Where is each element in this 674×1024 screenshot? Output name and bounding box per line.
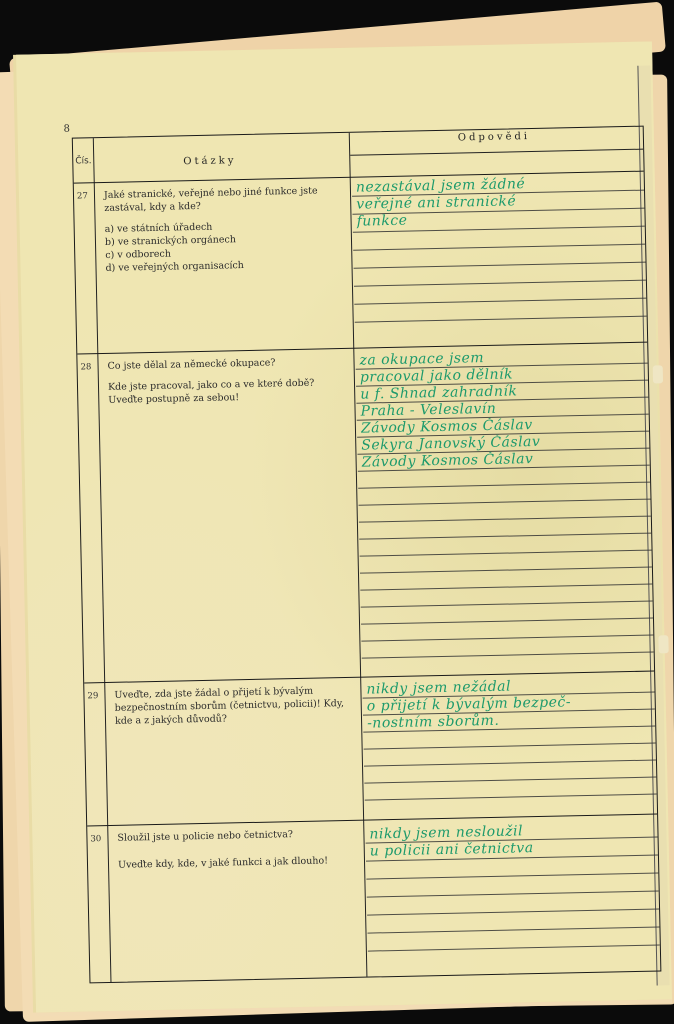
question-text: Sloužil jste u policie nebo četnictva? U… bbox=[117, 827, 358, 880]
binding-tab bbox=[653, 365, 663, 383]
row-number: 28 bbox=[80, 362, 91, 372]
question-main: Sloužil jste u policie nebo četnictva? bbox=[117, 827, 357, 845]
header-divider bbox=[350, 149, 643, 156]
answer-field-27[interactable]: nezastával jsem žádné veřejné ani strani… bbox=[352, 172, 647, 348]
answer-field-29[interactable]: nikdy jsem nežádal o přijetí k bývalým b… bbox=[362, 672, 657, 820]
question-options: a) ve státních úřadech b) ve stranických… bbox=[105, 218, 346, 275]
row-number: 27 bbox=[77, 191, 88, 201]
table-row-28: 28 Co jste dělal za německé okupace? Kde… bbox=[77, 343, 654, 684]
question-main: Co jste dělal za německé okupace? bbox=[107, 355, 347, 373]
question-text: Uveďte, zda jste žádal o přijetí k býval… bbox=[114, 684, 355, 736]
question-extra: Uveďte kdy, kde, v jaké funkci a jak dlo… bbox=[118, 854, 358, 872]
row-number: 30 bbox=[90, 834, 101, 844]
question-text: Co jste dělal za německé okupace? Kde js… bbox=[107, 355, 348, 415]
questionnaire-table: Čís. Otázky Odpovědi 27 Jaké stranické, … bbox=[72, 126, 662, 984]
question-text: Jaké stranické, veřejné nebo jiné funkce… bbox=[104, 184, 346, 275]
form-page: 8 Čís. Otázky Odpovědi 27 Jaké stranické… bbox=[16, 41, 672, 1012]
header-answers: Odpovědi bbox=[458, 131, 530, 144]
header-number: Čís. bbox=[75, 156, 92, 166]
question-main: Jaké stranické, veřejné nebo jiné funkce… bbox=[104, 184, 344, 215]
table-row-29: 29 Uveďte, zda jste žádal o přijetí k bý… bbox=[84, 672, 657, 827]
handwritten-answer: nikdy jsem nesloužil u policii ani četni… bbox=[369, 821, 655, 861]
answer-field-30[interactable]: nikdy jsem nesloužil u policii ani četni… bbox=[365, 815, 660, 977]
binding-tab bbox=[658, 635, 668, 653]
row-number: 29 bbox=[87, 691, 98, 701]
question-extra: Kde jste pracoval, jako co a ve které do… bbox=[108, 376, 348, 407]
table-row-27: 27 Jaké stranické, veřejné nebo jiné fun… bbox=[74, 172, 647, 355]
handwritten-answer: za okupace jsem pracoval jako dělník u f… bbox=[359, 347, 646, 472]
header-questions: Otázky bbox=[183, 155, 236, 167]
question-main: Uveďte, zda jste žádal o přijetí k býval… bbox=[114, 684, 355, 728]
page-number: 8 bbox=[63, 124, 70, 135]
handwritten-answer: nezastával jsem žádné veřejné ani strani… bbox=[356, 174, 642, 231]
table-row-30: 30 Sloužil jste u policie nebo četnictva… bbox=[87, 815, 660, 983]
answer-field-28[interactable]: za okupace jsem pracoval jako dělník u f… bbox=[355, 343, 654, 677]
handwritten-answer: nikdy jsem nežádal o přijetí k bývalým b… bbox=[366, 676, 652, 733]
